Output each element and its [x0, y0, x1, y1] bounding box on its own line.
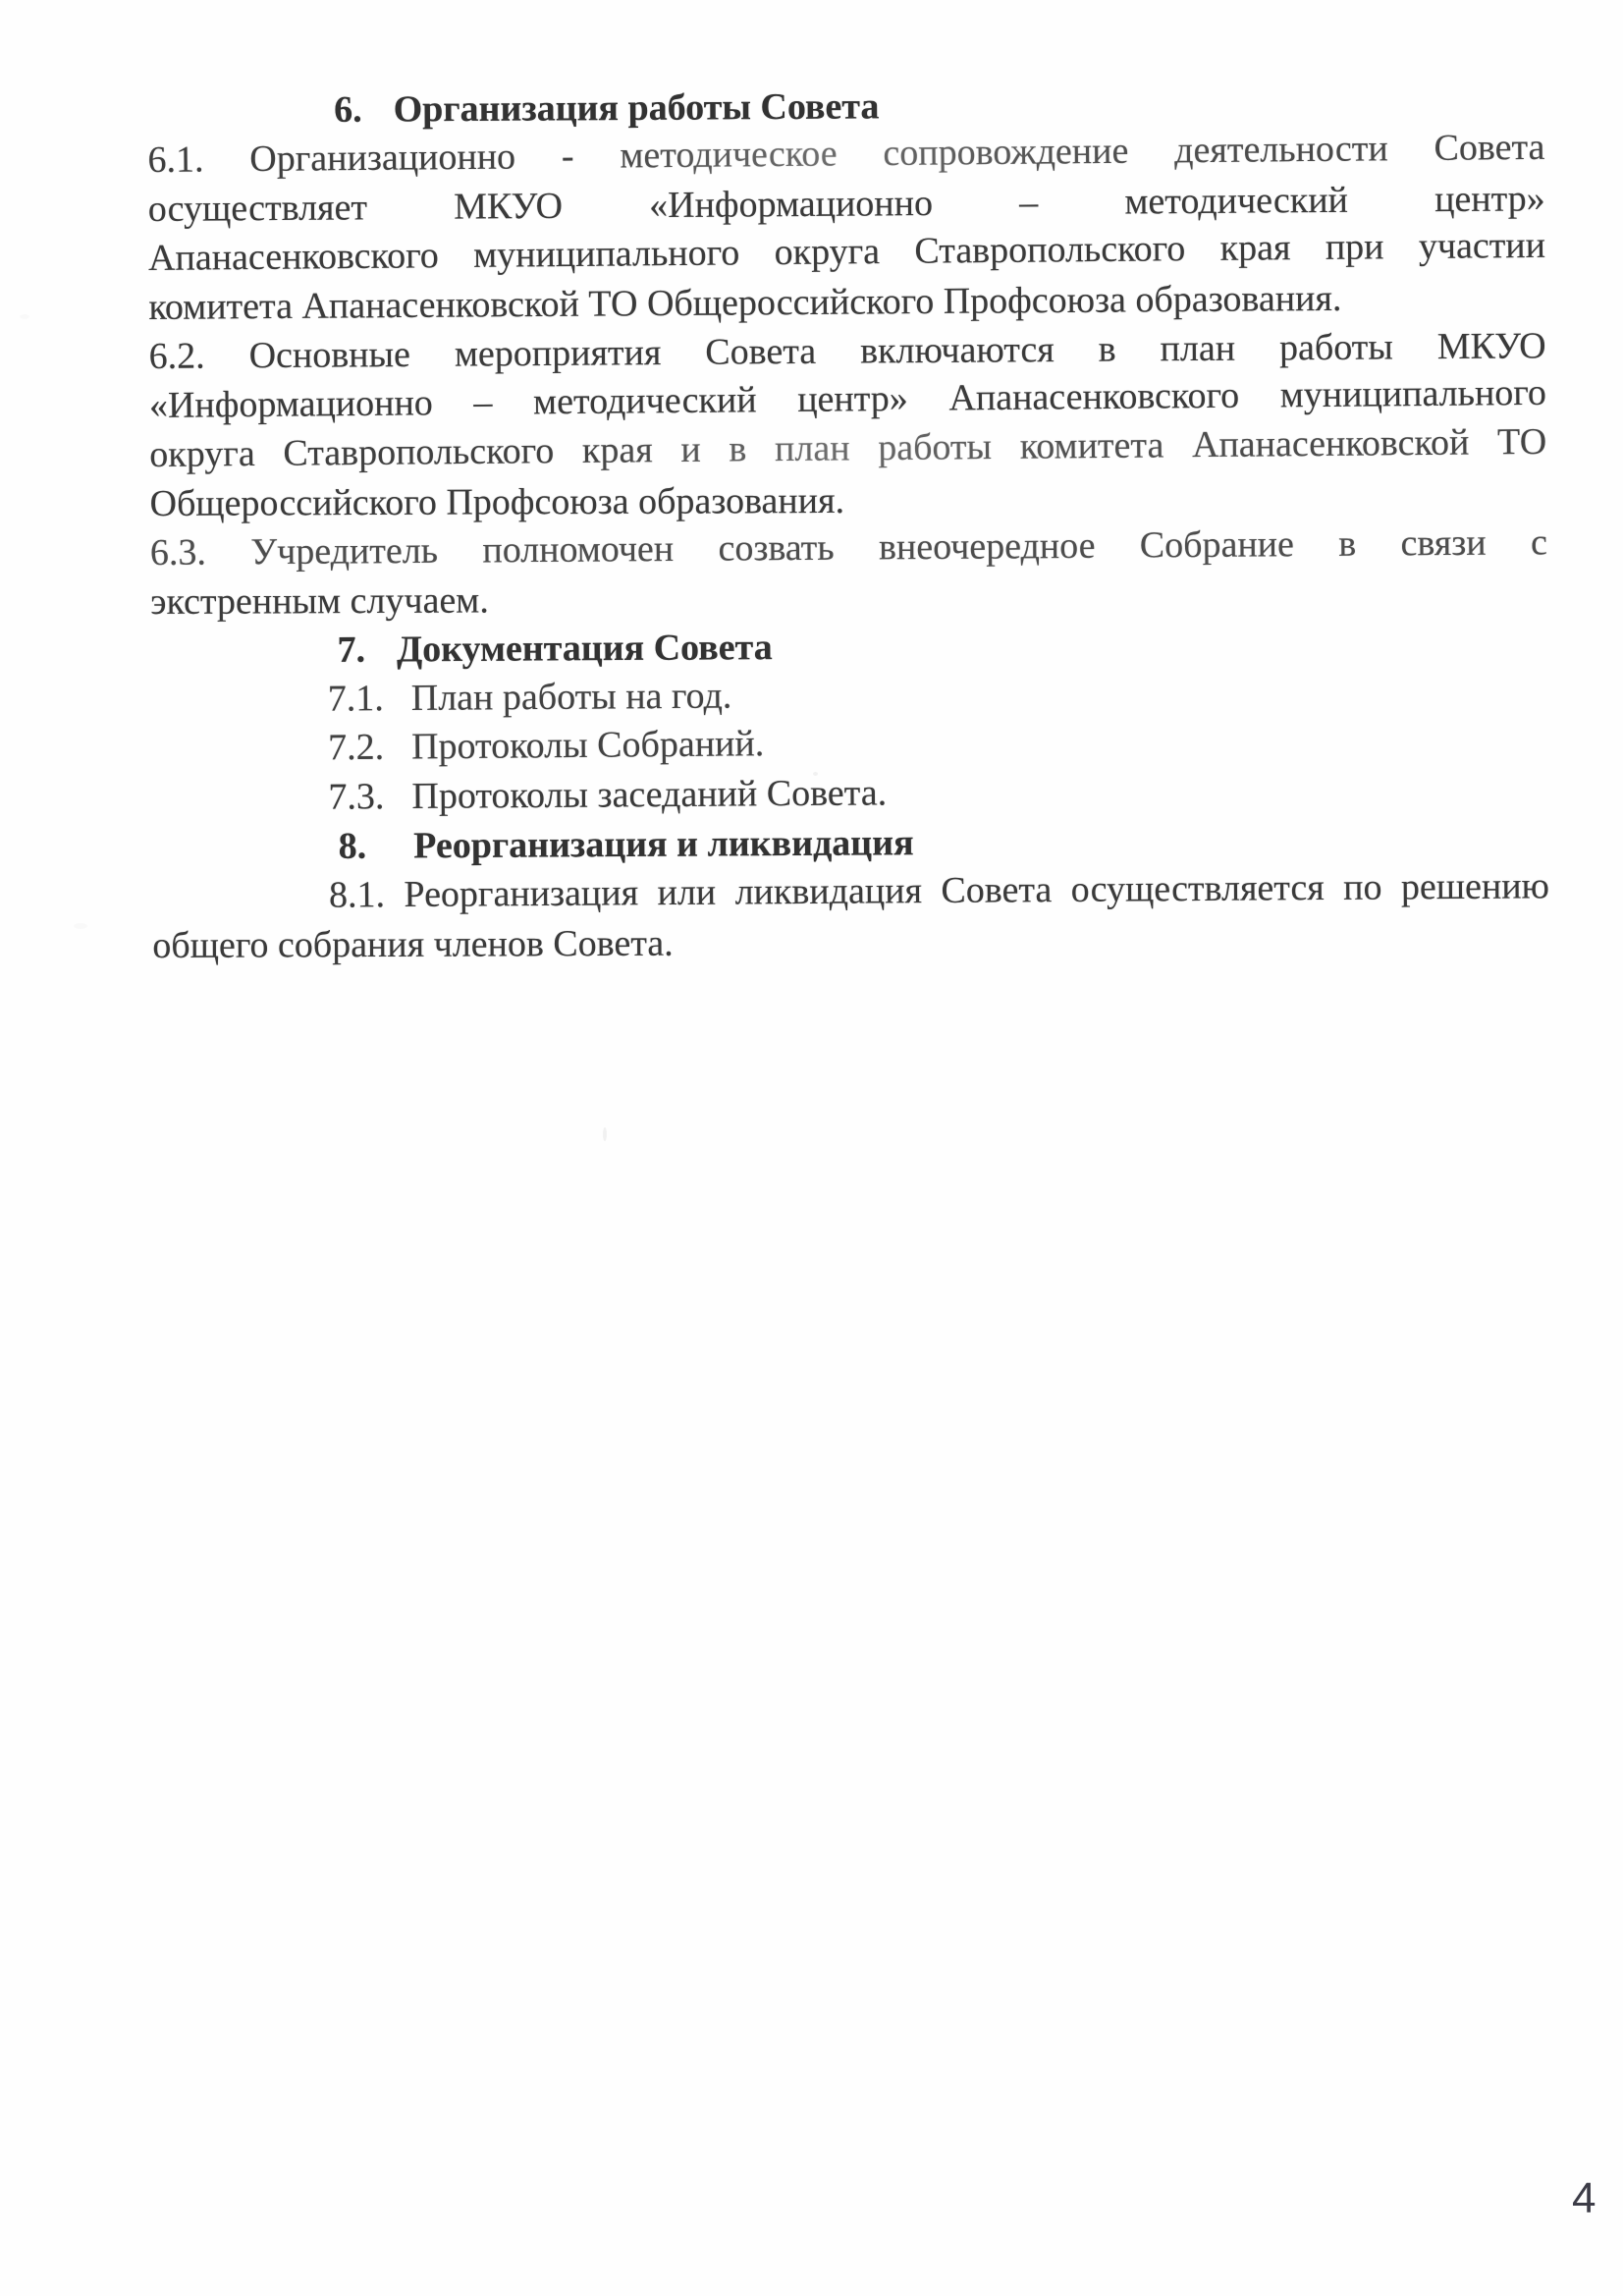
- scan-artifact: [74, 923, 87, 929]
- paragraph-8-1: 8.1. Реорганизация или ликвидация Совета…: [152, 863, 1550, 970]
- section-8-title: Реорганизация и ликвидация: [413, 822, 914, 866]
- list-item-7-2-number: 7.2.: [328, 723, 384, 773]
- scan-artifact: [603, 1127, 607, 1141]
- list-item-7-3-number: 7.3.: [328, 772, 384, 821]
- scan-artifact: [813, 772, 818, 776]
- paragraph-6-3-line: экстренным случаем.: [150, 572, 1547, 627]
- list-item-7-1-text: План работы на год.: [411, 676, 732, 719]
- section-7-number: 7.: [337, 626, 365, 675]
- list-item-7-1-number: 7.1.: [328, 674, 384, 723]
- section-8-number: 8.: [339, 822, 367, 871]
- paragraph-8-1-line: общего собрания членов Совета.: [152, 915, 1549, 970]
- paragraph-6-1: 6.1. Организационно - методическое сопро…: [147, 127, 1545, 332]
- section-7-title: Документация Совета: [397, 627, 773, 670]
- paragraph-8-1-line: 8.1. Реорганизация или ликвидация Совета…: [152, 861, 1549, 921]
- scan-artifact: [20, 314, 29, 319]
- paragraph-6-3: 6.3. Учредитель полномочен созвать внеоч…: [150, 519, 1548, 627]
- section-6-number: 6.: [334, 85, 362, 135]
- scanned-document-page: 6.Организация работы Совета 6.1. Организ…: [0, 0, 1623, 2296]
- paragraph-6-2: 6.2. Основные мероприятия Совета включаю…: [149, 323, 1547, 528]
- document-text-block: 6.Организация работы Совета 6.1. Организ…: [147, 78, 1549, 970]
- list-item-7-3: 7.3.Протоколы заседаний Совета.: [151, 763, 1548, 823]
- list-item-7-3-text: Протоколы заседаний Совета.: [411, 772, 887, 817]
- list-item-7-2-text: Протоколы Собраний.: [411, 723, 765, 767]
- page-number: 4: [1572, 2174, 1596, 2223]
- paragraph-6-3-line: 6.3. Учредитель полномочен созвать внеоч…: [150, 518, 1547, 577]
- section-6-title: Организация работы Совета: [394, 85, 880, 130]
